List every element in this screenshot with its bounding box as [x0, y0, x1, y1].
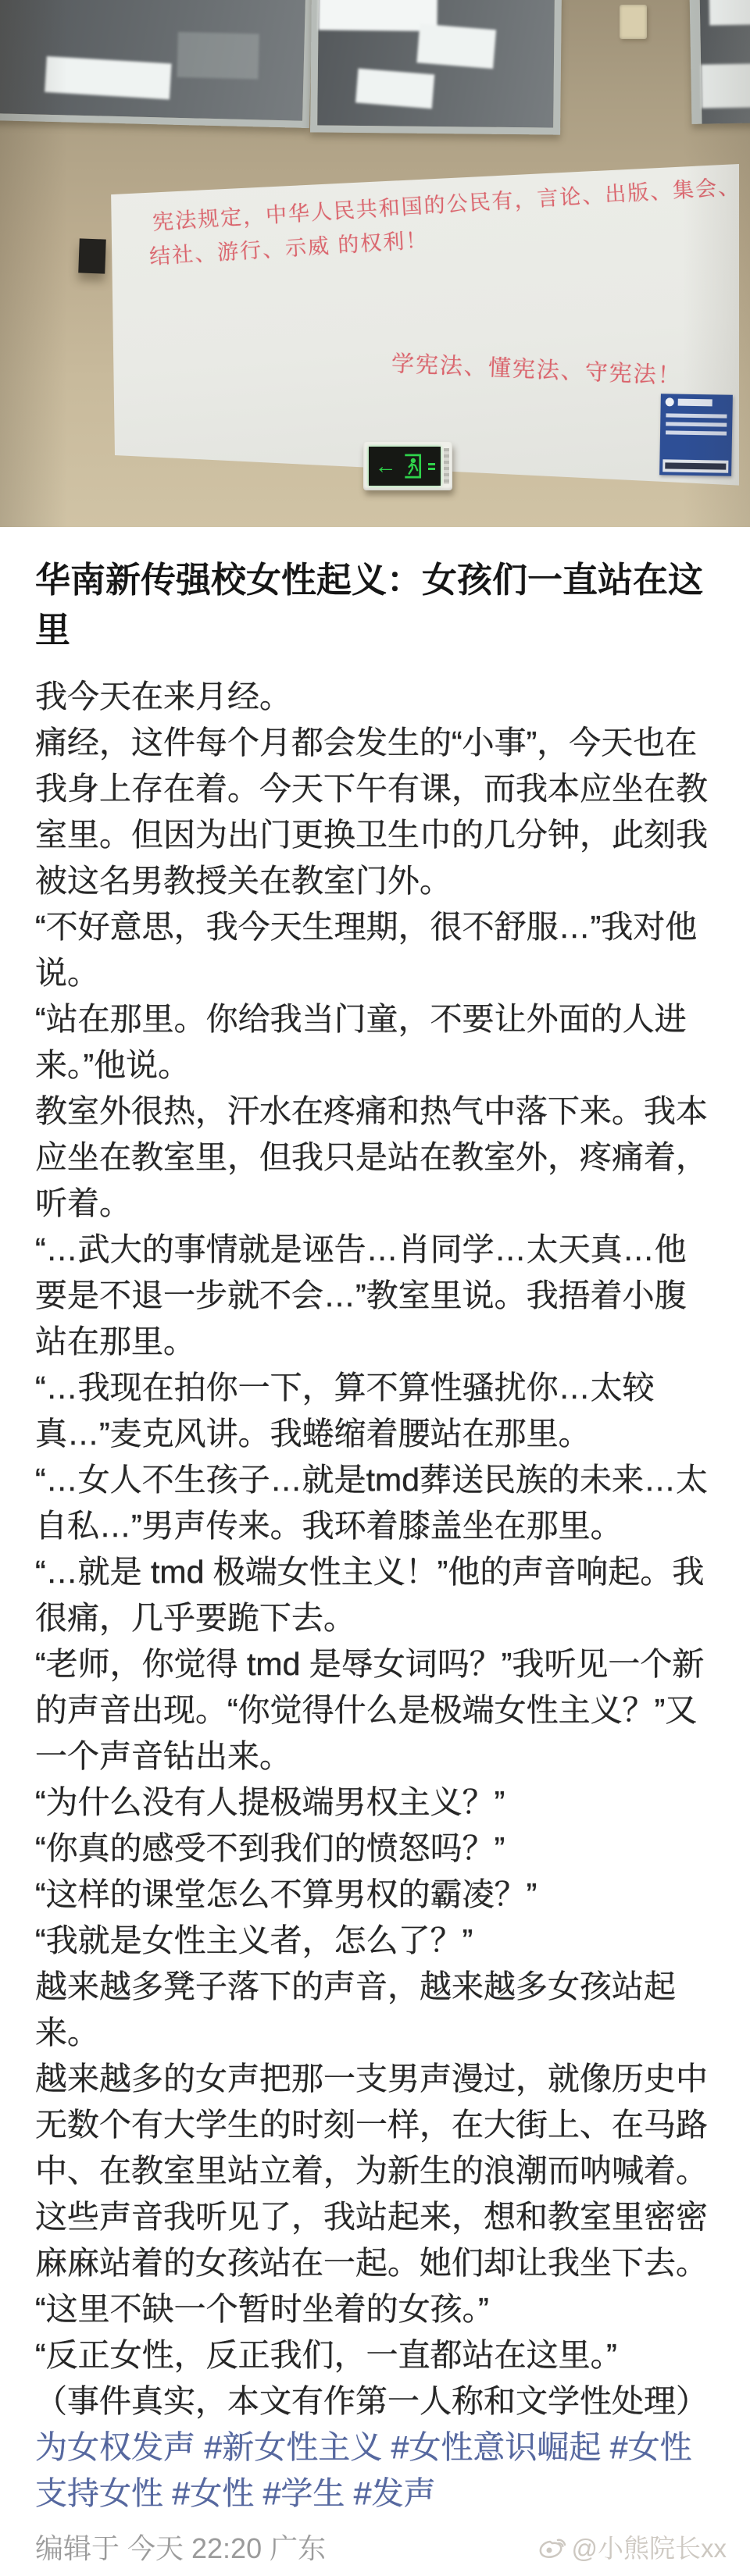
notice-sticker [659, 394, 733, 476]
wall-bracket [78, 238, 106, 273]
window-reflection [355, 69, 434, 109]
post-content: 华南新传强校女性起义：女孩们一直站在这里 我今天在来月经。痛经，这件每个月都会发… [0, 555, 750, 2517]
body-paragraph: （事件真实，本文有作第一人称和文学性处理） [35, 2378, 715, 2425]
post-photo[interactable]: 宪法规定，中华人民共和国的公民有，言论、出版、集会、 结社、游行、示威 的权利！… [0, 0, 750, 527]
whiteboard-handwriting-line3: 学宪法、懂宪法、守宪法！ [391, 346, 682, 390]
exit-runner-icon [401, 452, 424, 480]
body-paragraph: “…女人不生孩子…就是tmd葬送民族的未来…太自私…”男声传来。我环着膝盖坐在那… [35, 1457, 715, 1549]
body-paragraph: 越来越多凳子落下的声音，越来越多女孩站起来。 [35, 1964, 715, 2056]
window-reflection [416, 23, 496, 69]
whiteboard: 宪法规定，中华人民共和国的公民有，言论、出版、集会、 结社、游行、示威 的权利！… [105, 160, 739, 488]
light-switch [620, 5, 647, 39]
body-paragraph: “这里不缺一个暂时坐着的女孩。” [35, 2286, 715, 2332]
body-paragraph: “反正女性，反正我们，一直都站在这里。” [35, 2332, 715, 2378]
body-paragraph: “你真的感受不到我们的愤怒吗？” [35, 1826, 715, 1872]
exit-sign: ← [363, 442, 452, 490]
body-paragraph: 痛经，这件每个月都会发生的“小事”，今天也在我身上存在着。今天下午有课，而我本应… [35, 720, 715, 904]
weibo-logo-icon [539, 2535, 567, 2559]
body-paragraph: “这样的课堂怎么不算男权的霸凌？” [35, 1872, 715, 1918]
body-paragraph: “我就是女性主义者，怎么了？” [35, 1918, 715, 1964]
window-reflection [701, 63, 750, 109]
whiteboard-handwriting-line1: 宪法规定，中华人民共和国的公民有，言论、出版、集会、 [152, 169, 741, 236]
body-paragraph: 我今天在来月经。 [35, 674, 715, 720]
body-paragraph: “…武大的事情就是诬告…肖同学…太天真…他要是不退一步就不会…”教室里说。我捂着… [35, 1227, 715, 1365]
post-title: 华南新传强校女性起义：女孩们一直站在这里 [35, 555, 715, 655]
body-paragraph: 这些声音我听见了，我站起来，想和教室里密密麻麻站着的女孩站在一起。她们却让我坐下… [35, 2194, 715, 2286]
body-paragraph: “…就是 tmd 极端女性主义！”他的声音响起。我很痛，几乎要跪下去。 [35, 1549, 715, 1641]
window-middle [310, 0, 562, 135]
post-body: 我今天在来月经。痛经，这件每个月都会发生的“小事”，今天也在我身上存在着。今天下… [35, 674, 715, 2425]
body-paragraph: “…我现在拍你一下，算不算性骚扰你…太较真…”麦克风讲。我蜷缩着腰站在那里。 [35, 1365, 715, 1457]
body-paragraph: 教室外很热，汗水在疼痛和热气中落下来。我本应坐在教室里，但我只是站在教室外，疼痛… [35, 1088, 715, 1227]
window-reflection [177, 32, 259, 80]
hashtag-links[interactable]: 为女权发声 #新女性主义 #女性意识崛起 #女性支持女性 #女性 #学生 #发声 [35, 2425, 715, 2517]
window-reflection [45, 56, 171, 99]
watermark: @小熊院长xx [539, 2528, 727, 2565]
weibo-post-page: 宪法规定，中华人民共和国的公民有，言论、出版、集会、 结社、游行、示威 的权利！… [0, 0, 750, 2576]
body-paragraph: “为什么没有人提极端男权主义？” [35, 1780, 715, 1826]
post-footer: 编辑于 今天 22:20 广东 @小熊院长xx [35, 2527, 727, 2567]
window-reflection [709, 0, 750, 25]
exit-arrow-icon: ← [375, 455, 397, 477]
edit-timestamp: 编辑于 今天 22:20 广东 [35, 2527, 326, 2567]
body-paragraph: 越来越多的女声把那一支男声漫过，就像历史中无数个有大学生的时刻一样，在大街上、在… [35, 2056, 715, 2194]
exit-sign-small-text [428, 463, 435, 470]
body-paragraph: “不好意思，我今天生理期，很不舒服…”我对他说。 [35, 904, 715, 996]
body-paragraph: “老师，你觉得 tmd 是辱女词吗？”我听见一个新的声音出现。“你觉得什么是极端… [35, 1641, 715, 1780]
body-paragraph: “站在那里。你给我当门童，不要让外面的人进来。”他说。 [35, 996, 715, 1088]
window-left [0, 0, 312, 128]
sticker-logo-icon [666, 397, 674, 406]
window-right [690, 0, 750, 124]
watermark-text: @小熊院长xx [572, 2528, 727, 2565]
